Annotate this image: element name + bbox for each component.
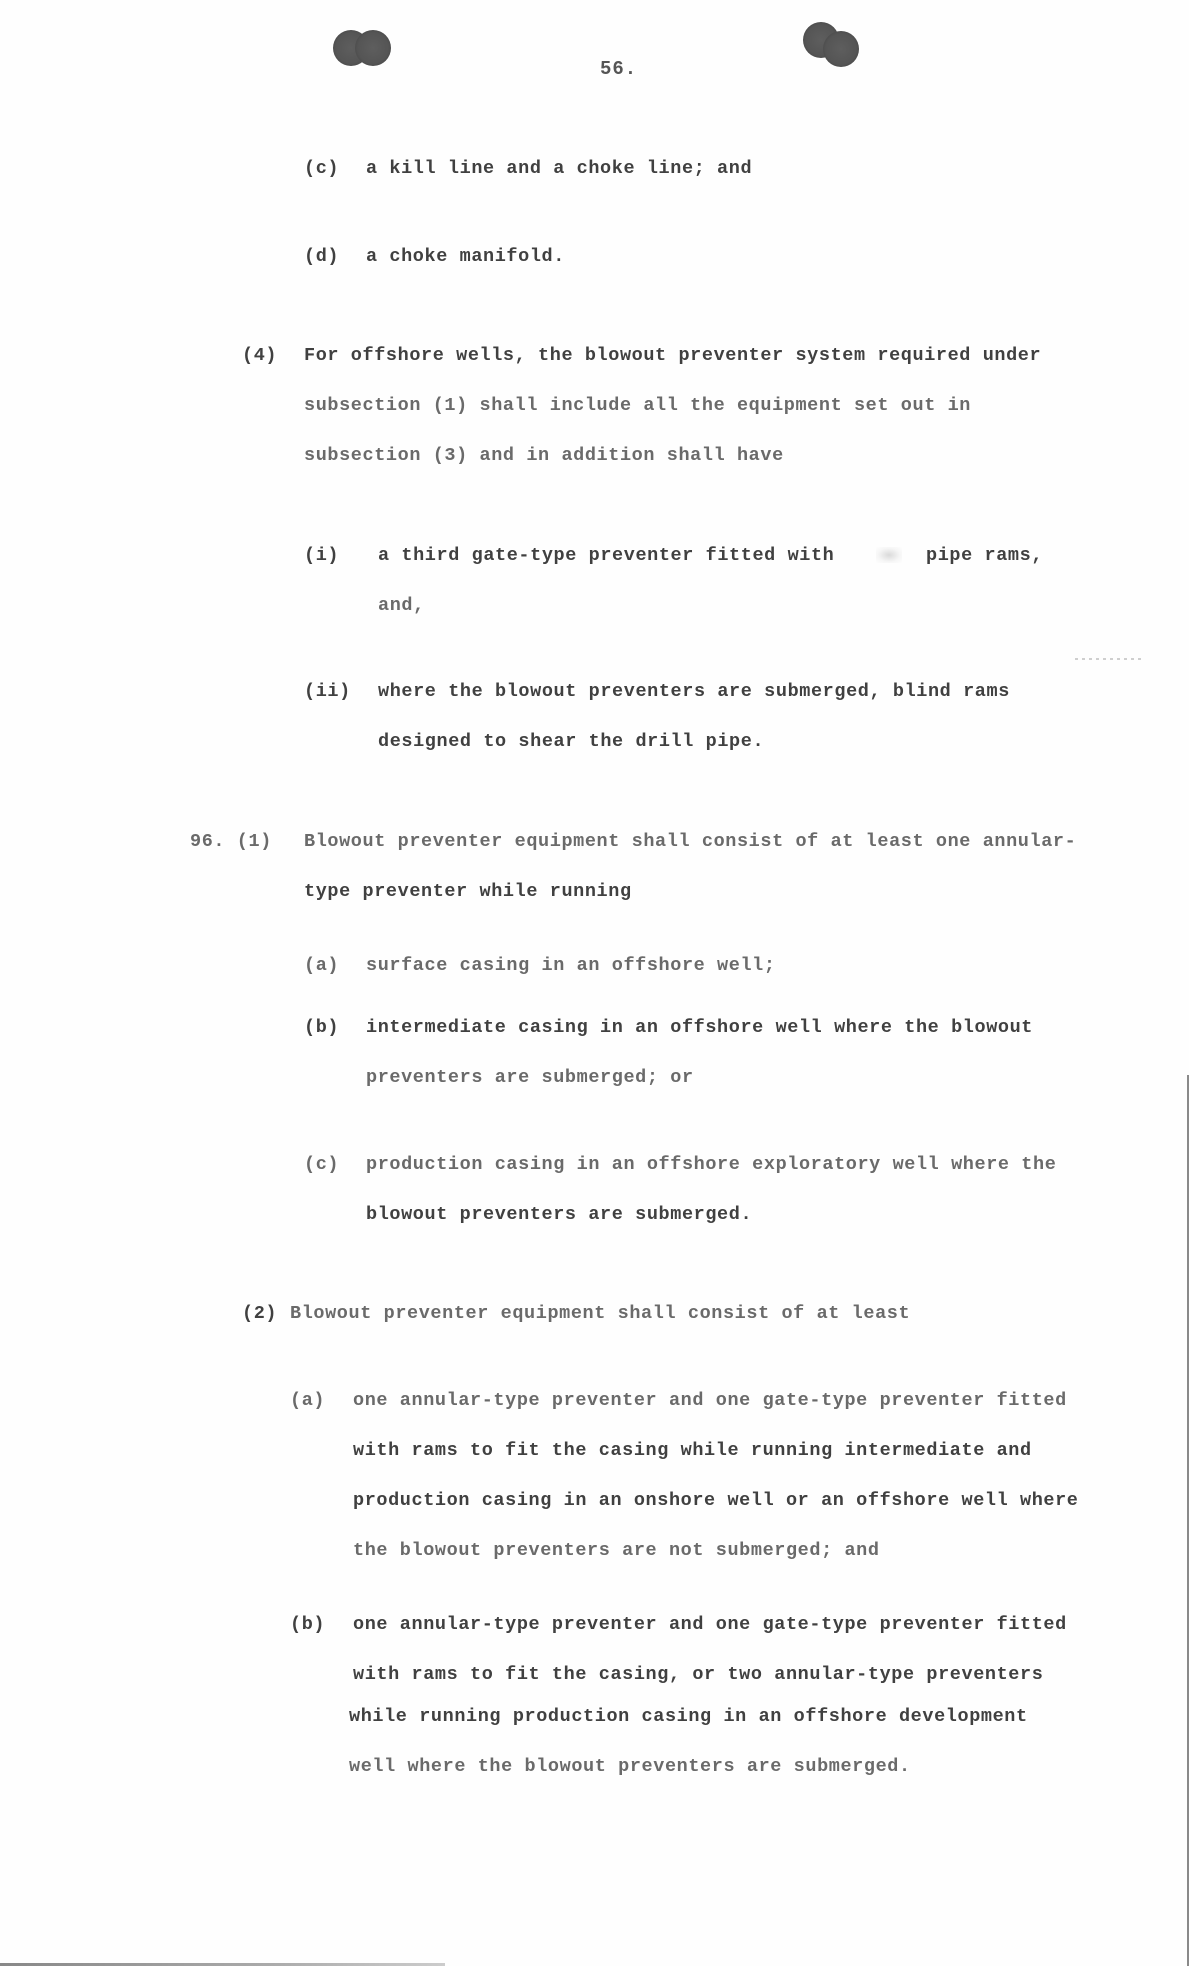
subsection-label: (4)	[242, 345, 277, 366]
text-line: subsection (1) shall include all the equ…	[304, 395, 971, 416]
text-line: For offshore wells, the blowout prevente…	[304, 345, 1041, 366]
text-line: with rams to fit the casing while runnin…	[353, 1440, 1032, 1461]
item-label: (a)	[304, 955, 339, 976]
text-line: and,	[378, 595, 425, 616]
item-label: (ii)	[304, 681, 351, 702]
item-label: (b)	[304, 1017, 339, 1038]
text-line: production casing in an onshore well or …	[353, 1490, 1079, 1511]
text-line: designed to shear the drill pipe.	[378, 731, 764, 752]
text-line: production casing in an offshore explora…	[366, 1154, 1056, 1175]
section-label: 96. (1)	[190, 831, 272, 852]
text-line: with rams to fit the casing, or two annu…	[353, 1664, 1043, 1685]
item-label: (a)	[290, 1390, 325, 1411]
text-line: intermediate casing in an offshore well …	[366, 1017, 1033, 1038]
item-label: (c)	[304, 158, 339, 179]
punch-hole-left-icon	[333, 30, 395, 66]
item-label: (c)	[304, 1154, 339, 1175]
text-line: preventers are submerged; or	[366, 1067, 694, 1088]
text-line: surface casing in an offshore well;	[366, 955, 776, 976]
text-line: pipe rams,	[926, 545, 1043, 566]
text-line: one annular-type preventer and one gate-…	[353, 1390, 1067, 1411]
text-line: a third gate-type preventer fitted with	[378, 545, 834, 566]
text-line: while running production casing in an of…	[349, 1706, 1028, 1727]
subsection-label: (2)	[242, 1303, 277, 1324]
text-line: a kill line and a choke line; and	[366, 158, 752, 179]
document-page: 56. (c) a kill line and a choke line; an…	[0, 0, 1189, 1966]
item-label: (d)	[304, 246, 339, 267]
text-line: Blowout preventer equipment shall consis…	[290, 1303, 910, 1324]
page-number: 56.	[600, 58, 637, 80]
text-line: type preventer while running	[304, 881, 632, 902]
text-line: well where the blowout preventers are su…	[349, 1756, 911, 1777]
text-line: subsection (3) and in addition shall hav…	[304, 445, 784, 466]
item-label: (i)	[304, 545, 339, 566]
text-line: Blowout preventer equipment shall consis…	[304, 831, 1076, 852]
stray-mark	[1075, 658, 1145, 660]
punch-hole-right-icon	[803, 22, 865, 58]
text-line: one annular-type preventer and one gate-…	[353, 1614, 1067, 1635]
text-line: a choke manifold.	[366, 246, 565, 267]
ink-smudge	[876, 547, 902, 563]
item-label: (b)	[290, 1614, 325, 1635]
text-line: blowout preventers are submerged.	[366, 1204, 752, 1225]
text-line: where the blowout preventers are submerg…	[378, 681, 1010, 702]
text-line: the blowout preventers are not submerged…	[353, 1540, 880, 1561]
